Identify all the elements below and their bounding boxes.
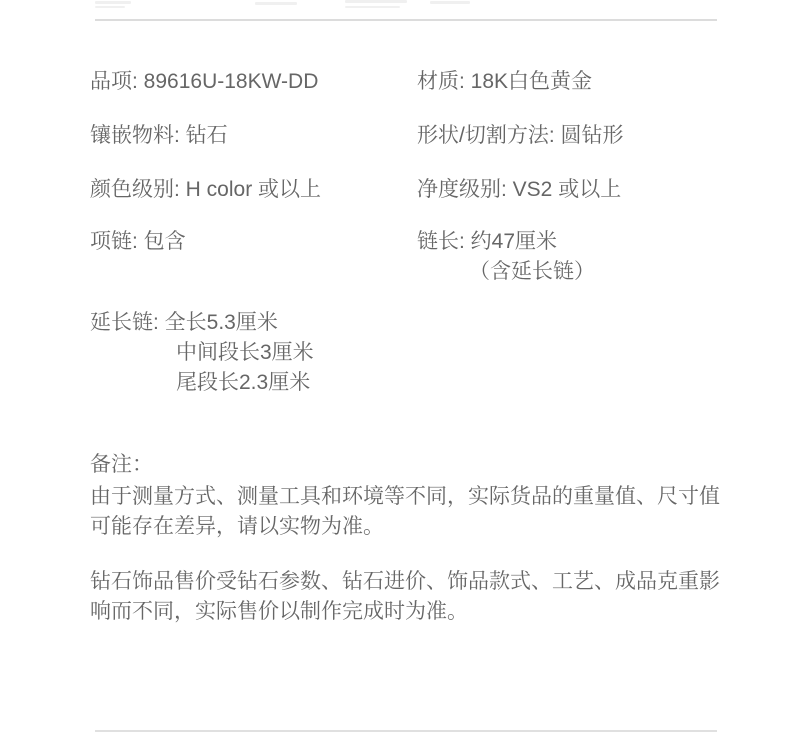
note-line: 钻石饰品售价受钻石参数、钻石进价、饰品款式、工艺、成品克重影 bbox=[90, 567, 720, 597]
spec-chain-length-line1: 链长: 约47厘米 bbox=[417, 227, 595, 257]
notes-paragraph-measurement: 由于测量方式、测量工具和环境等不同，实际货品的重量值、尺寸值 可能存在差异，请以… bbox=[90, 482, 720, 542]
cutoff-text-remnant bbox=[345, 6, 400, 8]
spec-shape-cut: 形状/切割方法: 圆钻形 bbox=[417, 121, 624, 151]
spec-chain-length: 链长: 约47厘米 （含延长链） bbox=[417, 227, 595, 287]
note-line: 响而不同，实际售价以制作完成时为准。 bbox=[90, 597, 720, 627]
top-divider bbox=[95, 19, 717, 21]
note-line: 由于测量方式、测量工具和环境等不同，实际货品的重量值、尺寸值 bbox=[90, 482, 720, 512]
cutoff-text-remnant bbox=[345, 0, 407, 3]
spec-item-code: 品项: 89616U-18KW-DD bbox=[90, 67, 318, 97]
notes-title: 备注： bbox=[90, 450, 720, 480]
cutoff-text-remnant bbox=[255, 2, 297, 5]
spec-color-grade: 颜色级别: H color 或以上 bbox=[90, 175, 321, 205]
cutoff-text-remnant bbox=[430, 1, 470, 4]
extension-chain-line3: 尾段长2.3厘米 bbox=[90, 368, 314, 398]
spec-necklace-included: 项链: 包含 bbox=[90, 227, 186, 257]
cutoff-text-remnant bbox=[95, 6, 125, 8]
cutoff-text-remnant bbox=[95, 1, 131, 4]
notes-paragraph-pricing: 钻石饰品售价受钻石参数、钻石进价、饰品款式、工艺、成品克重影 响而不同，实际售价… bbox=[90, 567, 720, 627]
extension-chain-line2: 中间段长3厘米 bbox=[90, 338, 314, 368]
extension-chain-line1: 延长链: 全长5.3厘米 bbox=[90, 308, 314, 338]
spec-clarity-grade: 净度级别: VS2 或以上 bbox=[417, 175, 621, 205]
spec-chain-length-line2: （含延长链） bbox=[417, 257, 595, 287]
note-line: 可能存在差异，请以实物为准。 bbox=[90, 512, 720, 542]
spec-inlay-material: 镶嵌物料: 钻石 bbox=[90, 121, 228, 151]
spec-extension-chain: 延长链: 全长5.3厘米 中间段长3厘米 尾段长2.3厘米 bbox=[90, 308, 314, 398]
spec-material: 材质: 18K白色黄金 bbox=[417, 67, 592, 97]
bottom-divider bbox=[95, 730, 717, 732]
